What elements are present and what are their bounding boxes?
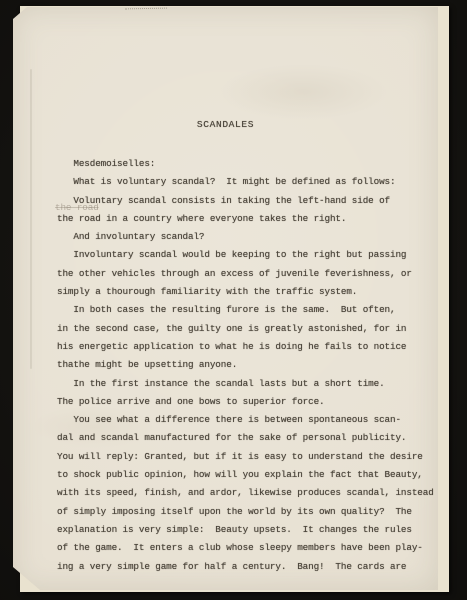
typed-line: You will reply: Granted, but if it is ea…	[57, 448, 435, 466]
typed-line: the other vehicles through an excess of …	[57, 265, 435, 283]
pencil-mark	[125, 8, 167, 13]
typed-line: of simply imposing itself upon the world…	[57, 503, 435, 521]
typed-lines: Mesdemoiselles: What is voluntary scanda…	[57, 155, 435, 576]
typed-line: You see what a difference there is betwe…	[57, 411, 435, 429]
typed-line: In both cases the resulting furore is th…	[57, 301, 435, 319]
page-title: SCANDALES	[13, 119, 438, 130]
typed-line: Mesdemoiselles:	[57, 155, 435, 173]
typed-line: of the game. It enters a club whose slee…	[57, 539, 435, 557]
typed-line: thathe might be upsetting anyone.	[57, 356, 435, 374]
photo-background: SCANDALES the road Mesdemoiselles: What …	[0, 0, 467, 600]
typed-line: Voluntary scandal consists in taking the…	[57, 192, 435, 210]
typed-line: explanation is very simple: Beauty upset…	[57, 521, 435, 539]
typed-line: The police arrive and one bows to superi…	[57, 393, 435, 411]
paper-edge-streak	[30, 69, 32, 369]
typed-line: And involuntary scandal?	[57, 228, 435, 246]
typed-line: In the first instance the scandal lasts …	[57, 375, 435, 393]
typed-line: Involuntary scandal would be keeping to …	[57, 246, 435, 264]
typed-line: dal and scandal manufactured for the sak…	[57, 429, 435, 447]
typewritten-page: SCANDALES the road Mesdemoiselles: What …	[13, 7, 438, 590]
typed-line: simply a thourough familiarity with the …	[57, 283, 435, 301]
typed-line: ing a very simple game for half a centur…	[57, 558, 435, 576]
typed-line: What is voluntary scandal? It might be d…	[57, 173, 435, 191]
typed-line: with its speed, finish, and ardor, likew…	[57, 484, 435, 502]
typed-line: to shock public opinion, how will you ex…	[57, 466, 435, 484]
typed-line: his energetic application to what he is …	[57, 338, 435, 356]
typed-line: in the second case, the guilty one is gr…	[57, 320, 435, 338]
typed-line: the road in a country where everyone tak…	[57, 210, 435, 228]
